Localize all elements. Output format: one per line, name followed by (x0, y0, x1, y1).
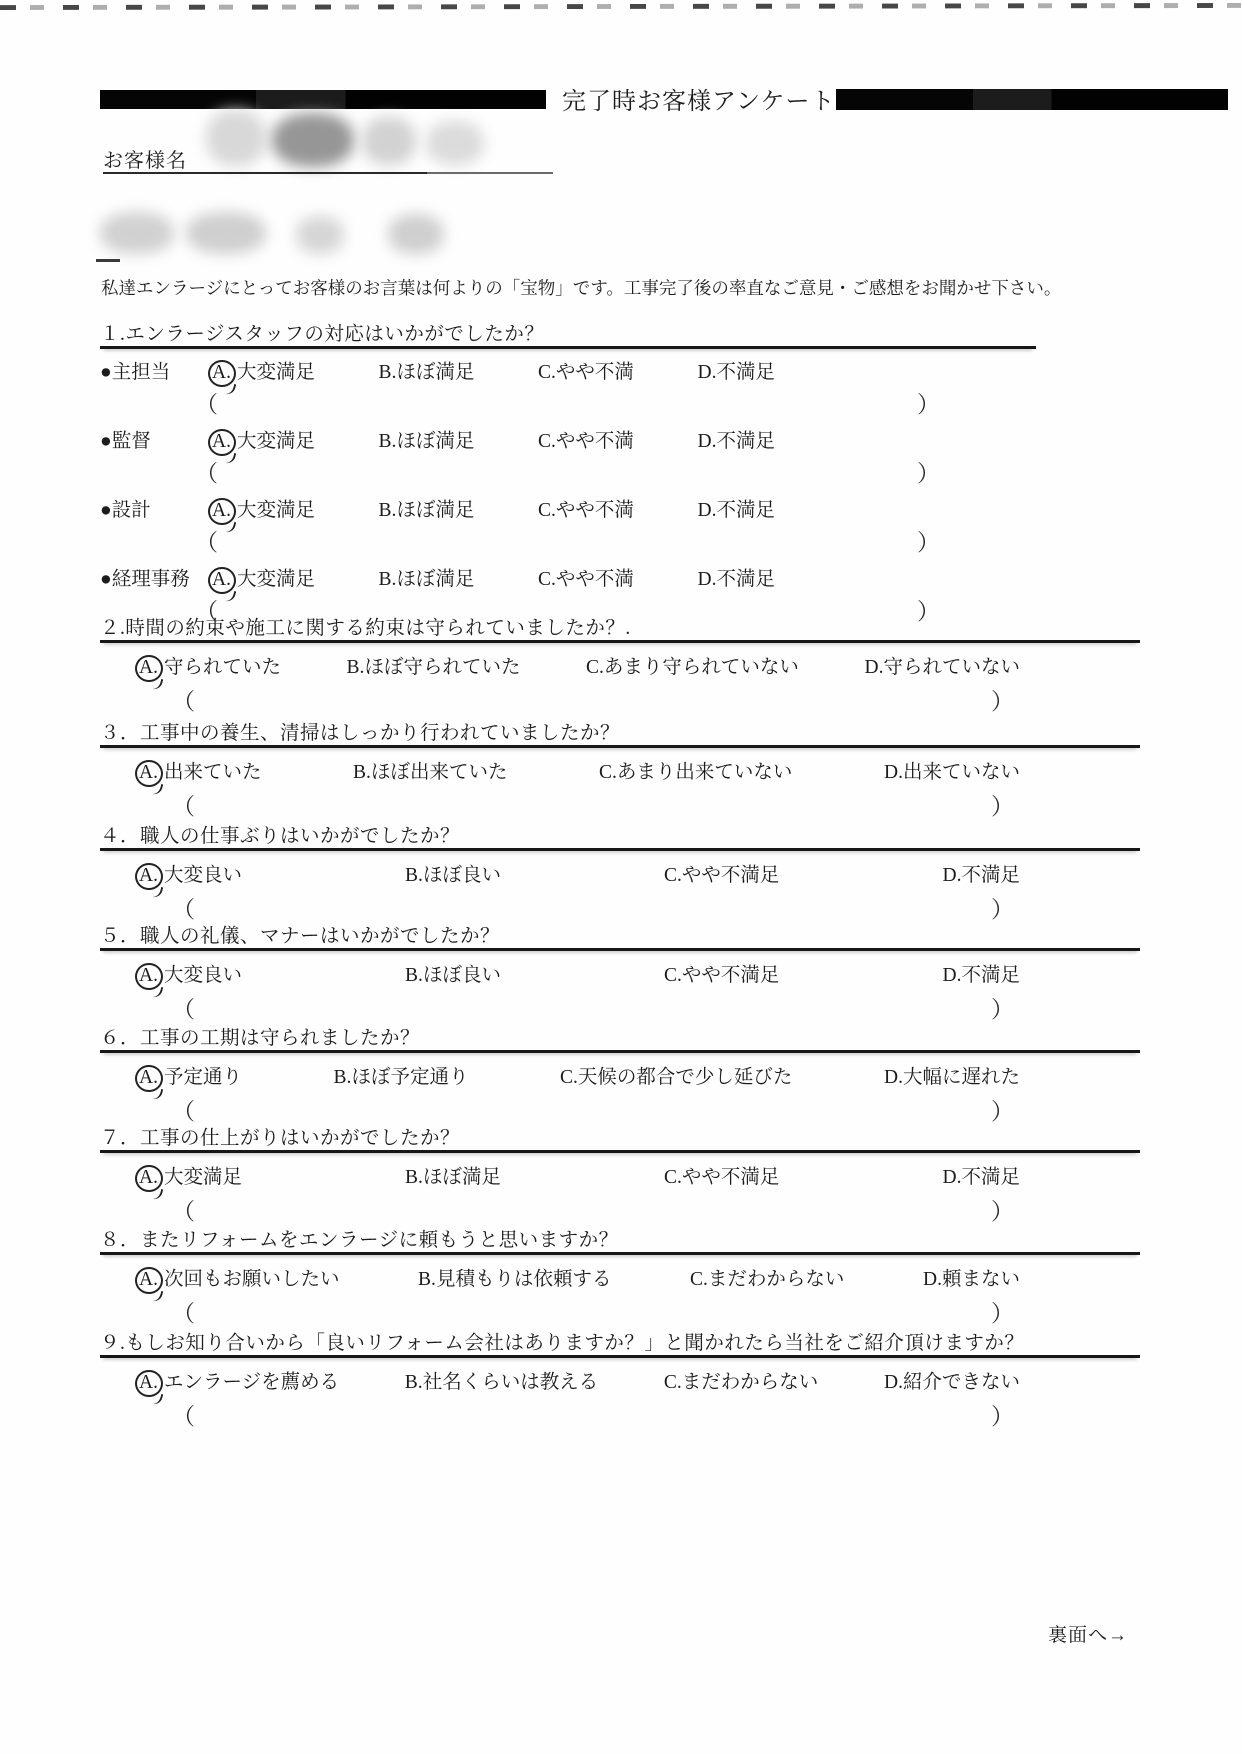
option-text: 頼まない (942, 1269, 1020, 1290)
row-label: ●設計 (100, 494, 213, 522)
open-paren: （ (172, 683, 195, 715)
option-B: B.ほぼ守られていた (347, 651, 521, 681)
option-text: 不満足 (716, 569, 775, 590)
option-B: B.ほぼ満足 (405, 1161, 501, 1191)
option-text: 不満足 (716, 362, 775, 383)
option-text: ほぼ良い (423, 965, 501, 986)
option-C: C.あまり出来ていない (599, 756, 792, 786)
question-block-9: ９.もしお知り合いから「良いリフォーム会社はありますか？」と聞かれたら当社をご紹… (100, 1327, 1160, 1430)
open-paren: （ (195, 386, 218, 418)
selected-answer-circle: A. (208, 360, 236, 387)
option-C: C.やや不満 (538, 425, 634, 455)
option-key: D. (942, 865, 961, 886)
option-text: 大変満足 (237, 500, 315, 521)
open-paren: （ (195, 524, 218, 556)
option-B: B.ほぼ良い (405, 959, 501, 989)
options: A.大変良いB.ほぼ良いC.やや不満足D.不満足 (140, 859, 1020, 889)
option-key: D. (697, 431, 716, 452)
option-C: C.やや不満足 (664, 859, 779, 889)
option-text: ほぼ守られていた (364, 657, 520, 678)
option-C: C.やや不満 (538, 494, 634, 524)
close-paren: ） (991, 891, 1014, 923)
option-text: やや不満足 (682, 865, 780, 886)
option-text: 不満足 (961, 965, 1020, 986)
option-D: D.不満足 (697, 563, 774, 593)
question-title: ４．職人の仕事ぶりはいかがでしたか？ (100, 820, 1140, 851)
option-key: D. (697, 500, 716, 521)
option-text: 大変満足 (164, 1167, 242, 1188)
option-key: D. (697, 569, 716, 590)
option-key: D. (942, 1167, 961, 1188)
options: A.出来ていたB.ほぼ出来ていたC.あまり出来ていないD.出来ていない (140, 756, 1020, 786)
option-text: 不満足 (716, 431, 775, 452)
close-paren: ） (991, 1295, 1014, 1327)
option-B: B.ほぼ満足 (379, 563, 475, 593)
answer-row: A.大変良いB.ほぼ良いC.やや不満足D.不満足 (100, 859, 1160, 887)
redacted-text (388, 214, 444, 254)
option-key: C. (560, 1067, 578, 1088)
close-paren: ） (991, 1093, 1014, 1125)
option-key: D. (884, 1372, 903, 1393)
option-text: あまり出来ていない (617, 762, 793, 783)
option-key: C. (538, 362, 556, 383)
option-key: B. (379, 569, 397, 590)
option-A: A.大変満足 (213, 494, 315, 524)
question-title: ７．工事の仕上がりはいかがでしたか？ (100, 1122, 1140, 1153)
answer-row: A.大変満足B.ほぼ満足C.やや不満足D.不満足 (100, 1161, 1160, 1189)
option-B: B.社名くらいは教える (405, 1366, 598, 1396)
option-D: D.不満足 (697, 425, 774, 455)
option-key: D. (884, 762, 903, 783)
redacted-customer-name (426, 121, 484, 165)
open-paren: （ (172, 1398, 195, 1430)
option-text: 次回もお願いしたい (164, 1269, 340, 1290)
redaction-bar-right (836, 89, 1228, 110)
option-B: B.ほぼ出来ていた (353, 756, 507, 786)
option-key: D. (942, 965, 961, 986)
option-A: A.大変満足 (140, 1161, 242, 1191)
option-text: あまり守られていない (604, 657, 799, 678)
page-title: 完了時お客様アンケート (562, 81, 836, 116)
option-key: C. (538, 431, 556, 452)
option-D: D.不満足 (942, 959, 1019, 989)
option-key: C. (599, 762, 617, 783)
option-key: C. (690, 1269, 708, 1290)
answer-row: ●設計A.大変満足B.ほぼ満足C.やや不満D.不満足 (100, 494, 1160, 522)
answer-row: A.次回もお願いしたいB.見積もりは依頼するC.まだわからないD.頼まない (100, 1263, 1160, 1291)
options: A.大変満足B.ほぼ満足C.やや不満D.不満足 (213, 356, 775, 386)
question-block-2: ２.時間の約束や施工に関する約束は守られていましたか？.A.守られていたB.ほぼ… (100, 612, 1160, 715)
options: A.エンラージを薦めるB.社名くらいは教えるC.まだわからないD.紹介できない (140, 1366, 1020, 1396)
open-paren: （ (172, 1295, 195, 1327)
close-paren: ） (991, 788, 1014, 820)
option-D: D.不満足 (697, 356, 774, 386)
options: A.次回もお願いしたいB.見積もりは依頼するC.まだわからないD.頼まない (140, 1263, 1020, 1293)
options: A.大変満足B.ほぼ満足C.やや不満D.不満足 (213, 563, 775, 593)
option-text: 予定通り (164, 1067, 242, 1088)
option-D: D.不満足 (942, 859, 1019, 889)
option-A: A.予定通り (140, 1061, 242, 1091)
answer-row: ●主担当A.大変満足B.ほぼ満足C.やや不満D.不満足 (100, 356, 1160, 384)
option-text: 大変満足 (237, 569, 315, 590)
option-key: C. (586, 657, 604, 678)
option-text: やや不満足 (682, 1167, 780, 1188)
question-title: １.エンラージスタッフの対応はいかがでしたか？ (100, 318, 1036, 349)
option-key: B. (405, 1372, 423, 1393)
option-C: C.やや不満足 (664, 1161, 779, 1191)
comment-paren-row: （） (172, 891, 1014, 923)
comment-paren-row: （） (195, 455, 940, 487)
open-paren: （ (172, 891, 195, 923)
option-A: A.大変良い (140, 859, 242, 889)
option-text: ほぼ満足 (396, 500, 474, 521)
option-key: C. (664, 1372, 682, 1393)
selected-answer-circle: A. (135, 1370, 163, 1397)
question-block-1: １.エンラージスタッフの対応はいかがでしたか？●主担当A.大変満足B.ほぼ満足C… (100, 318, 1160, 625)
option-B: B.ほぼ満足 (379, 425, 475, 455)
option-key: C. (664, 1167, 682, 1188)
option-text: 守られていた (164, 657, 281, 678)
option-key: C. (538, 500, 556, 521)
answer-row: ●監督A.大変満足B.ほぼ満足C.やや不満D.不満足 (100, 425, 1160, 453)
option-A: A.守られていた (140, 651, 281, 681)
option-text: ほぼ出来ていた (371, 762, 508, 783)
answer-row: A.守られていたB.ほぼ守られていたC.あまり守られていないD.守られていない (100, 651, 1160, 679)
redacted-customer-name (206, 110, 266, 166)
option-A: A.大変満足 (213, 356, 315, 386)
answer-row: A.エンラージを薦めるB.社名くらいは教えるC.まだわからないD.紹介できない (100, 1366, 1160, 1394)
options: A.大変満足B.ほぼ満足C.やや不満D.不満足 (213, 494, 775, 524)
close-paren: ） (917, 524, 940, 556)
option-text: 大幅に遅れた (903, 1067, 1020, 1088)
option-text: 出来ていない (903, 762, 1020, 783)
option-A: A.大変満足 (213, 563, 315, 593)
selected-answer-circle: A. (208, 429, 236, 456)
option-text: ほぼ満足 (423, 1167, 501, 1188)
open-paren: （ (172, 991, 195, 1023)
question-block-4: ４．職人の仕事ぶりはいかがでしたか？A.大変良いB.ほぼ良いC.やや不満足D.不… (100, 820, 1160, 923)
option-D: D.不満足 (942, 1161, 1019, 1191)
comment-paren-row: （） (172, 1398, 1014, 1430)
redacted-text (100, 212, 174, 254)
option-A: A.次回もお願いしたい (140, 1263, 339, 1293)
question-title: ３．工事中の養生、清掃はしっかり行われていましたか？ (100, 717, 1140, 748)
question-block-7: ７．工事の仕上がりはいかがでしたか？A.大変満足B.ほぼ満足C.やや不満足D.不… (100, 1122, 1160, 1225)
options: A.予定通りB.ほぼ予定通りC.天候の都合で少し延びたD.大幅に遅れた (140, 1061, 1020, 1091)
redacted-customer-name (362, 117, 416, 165)
option-text: 大変満足 (237, 362, 315, 383)
option-key: B. (334, 1067, 352, 1088)
options: A.大変良いB.ほぼ良いC.やや不満足D.不満足 (140, 959, 1020, 989)
option-key: B. (353, 762, 371, 783)
row-label: ●監督 (100, 425, 213, 453)
option-text: 大変良い (164, 865, 242, 886)
option-key: B. (418, 1269, 436, 1290)
close-paren: ） (917, 455, 940, 487)
row-label: ●主担当 (100, 356, 213, 384)
option-key: B. (347, 657, 365, 678)
option-A: A.大変良い (140, 959, 242, 989)
option-text: 大変満足 (237, 431, 315, 452)
comment-paren-row: （） (172, 1093, 1014, 1125)
option-key: D. (864, 657, 883, 678)
selected-answer-circle: A. (135, 963, 163, 990)
scan-artifact-line (0, 3, 1242, 10)
redacted-customer-name (272, 113, 354, 167)
open-paren: （ (172, 788, 195, 820)
option-key: C. (664, 965, 682, 986)
option-text: 出来ていた (164, 762, 262, 783)
close-paren: ） (991, 1193, 1014, 1225)
comment-paren-row: （） (172, 1295, 1014, 1327)
option-D: D.紹介できない (884, 1366, 1020, 1396)
option-A: A.出来ていた (140, 756, 261, 786)
selected-answer-circle: A. (135, 1065, 163, 1092)
option-key: C. (664, 865, 682, 886)
option-key: C. (538, 569, 556, 590)
option-D: D.頼まない (923, 1263, 1020, 1293)
option-text: やや不満 (556, 431, 634, 452)
option-text: ほぼ満足 (396, 569, 474, 590)
question-title: ６．工事の工期は守られましたか？ (100, 1022, 1140, 1053)
options: A.大変満足B.ほぼ満足C.やや不満足D.不満足 (140, 1161, 1020, 1191)
selected-answer-circle: A. (135, 1165, 163, 1192)
open-paren: （ (195, 455, 218, 487)
close-paren: ） (991, 683, 1014, 715)
selected-answer-circle: A. (135, 1267, 163, 1294)
answer-row: ●経理事務A.大変満足B.ほぼ満足C.やや不満D.不満足 (100, 563, 1160, 591)
option-text: 不満足 (961, 1167, 1020, 1188)
option-D: D.不満足 (697, 494, 774, 524)
question-title: ２.時間の約束や施工に関する約束は守られていましたか？. (100, 612, 1140, 643)
option-text: まだわからない (708, 1269, 845, 1290)
option-text: ほぼ満足 (396, 362, 474, 383)
option-D: D.守られていない (864, 651, 1019, 681)
close-paren: ） (991, 991, 1014, 1023)
option-key: D. (923, 1269, 942, 1290)
option-key: B. (405, 965, 423, 986)
close-paren: ） (991, 1398, 1014, 1430)
option-key: B. (379, 431, 397, 452)
options: A.守られていたB.ほぼ守られていたC.あまり守られていないD.守られていない (140, 651, 1020, 681)
option-B: B.ほぼ満足 (379, 494, 475, 524)
row-label: ●経理事務 (100, 563, 213, 591)
option-text: 守られていない (883, 657, 1020, 678)
answer-row: A.予定通りB.ほぼ予定通りC.天候の都合で少し延びたD.大幅に遅れた (100, 1061, 1160, 1089)
option-C: C.あまり守られていない (586, 651, 799, 681)
option-B: B.ほぼ予定通り (334, 1061, 469, 1091)
option-text: ほぼ満足 (396, 431, 474, 452)
question-title: ５．職人の礼儀、マナーはいかがでしたか？ (100, 920, 1140, 951)
intro-text: 私達エンラージにとってお客様のお言葉は何よりの「宝物」です。工事完了後の率直なご… (101, 275, 1061, 300)
customer-name-label: お客様名 (103, 144, 187, 173)
scanned-survey-page: 完了時お客様アンケート お客様名 私達エンラージにとってお客様のお言葉は何よりの… (0, 0, 1242, 1754)
option-text: 不満足 (961, 865, 1020, 886)
option-C: C.やや不満 (538, 563, 634, 593)
option-text: やや不満足 (682, 965, 780, 986)
selected-answer-circle: A. (135, 760, 163, 787)
comment-paren-row: （） (172, 991, 1014, 1023)
selected-answer-circle: A. (135, 863, 163, 890)
option-C: C.やや不満足 (664, 959, 779, 989)
option-text: 見積もりは依頼する (436, 1269, 612, 1290)
option-text: 紹介できない (903, 1372, 1020, 1393)
comment-paren-row: （） (172, 788, 1014, 820)
option-key: B. (405, 865, 423, 886)
option-key: B. (405, 1167, 423, 1188)
close-paren: ） (917, 386, 940, 418)
redacted-text (186, 212, 266, 254)
comment-paren-row: （） (195, 524, 940, 556)
options: A.大変満足B.ほぼ満足C.やや不満D.不満足 (213, 425, 775, 455)
option-key: D. (697, 362, 716, 383)
option-key: B. (379, 362, 397, 383)
option-key: D. (884, 1067, 903, 1088)
option-key: B. (379, 500, 397, 521)
option-text: ほぼ予定通り (351, 1067, 468, 1088)
selected-answer-circle: A. (208, 498, 236, 525)
option-C: C.天候の都合で少し延びた (560, 1061, 792, 1091)
answer-row: A.大変良いB.ほぼ良いC.やや不満足D.不満足 (100, 959, 1160, 987)
option-text: ほぼ良い (423, 865, 501, 886)
open-paren: （ (172, 1093, 195, 1125)
question-block-3: ３．工事中の養生、清掃はしっかり行われていましたか？A.出来ていたB.ほぼ出来て… (100, 717, 1160, 820)
question-block-6: ６．工事の工期は守られましたか？A.予定通りB.ほぼ予定通りC.天候の都合で少し… (100, 1022, 1160, 1125)
selected-answer-circle: A. (135, 655, 163, 682)
option-C: C.まだわからない (664, 1366, 818, 1396)
selected-answer-circle: A. (208, 567, 236, 594)
option-text: 天候の都合で少し延びた (578, 1067, 793, 1088)
option-A: A.大変満足 (213, 425, 315, 455)
redaction-bar-left (100, 90, 546, 109)
option-B: B.見積もりは依頼する (418, 1263, 611, 1293)
option-A: A.エンラージを薦める (140, 1366, 339, 1396)
option-text: やや不満 (556, 569, 634, 590)
option-C: C.やや不満 (538, 356, 634, 386)
answer-row: A.出来ていたB.ほぼ出来ていたC.あまり出来ていないD.出来ていない (100, 756, 1160, 784)
next-page-note: 裏面へ→ (1048, 1620, 1128, 1647)
option-text: エンラージを薦める (164, 1372, 339, 1393)
option-B: B.ほぼ満足 (379, 356, 475, 386)
comment-paren-row: （） (172, 683, 1014, 715)
option-text: 社名くらいは教える (423, 1372, 599, 1393)
option-text: 大変良い (164, 965, 242, 986)
question-block-8: ８．またリフォームをエンラージに頼もうと思いますか？A.次回もお願いしたいB.見… (100, 1224, 1160, 1327)
open-paren: （ (172, 1193, 195, 1225)
redacted-text (296, 216, 344, 254)
name-underline (103, 172, 553, 174)
option-text: まだわからない (682, 1372, 819, 1393)
comment-paren-row: （） (195, 386, 940, 418)
option-D: D.大幅に遅れた (884, 1061, 1020, 1091)
option-D: D.出来ていない (884, 756, 1020, 786)
question-title: ８．またリフォームをエンラージに頼もうと思いますか？ (100, 1224, 1140, 1255)
option-text: やや不満 (556, 500, 634, 521)
option-text: 不満足 (716, 500, 775, 521)
question-title: ９.もしお知り合いから「良いリフォーム会社はありますか？」と聞かれたら当社をご紹… (100, 1327, 1140, 1358)
question-block-5: ５．職人の礼儀、マナーはいかがでしたか？A.大変良いB.ほぼ良いC.やや不満足D… (100, 920, 1160, 1023)
comment-paren-row: （） (172, 1193, 1014, 1225)
option-B: B.ほぼ良い (405, 859, 501, 889)
option-C: C.まだわからない (690, 1263, 844, 1293)
scan-artifact-dash (96, 259, 120, 262)
option-text: やや不満 (556, 362, 634, 383)
